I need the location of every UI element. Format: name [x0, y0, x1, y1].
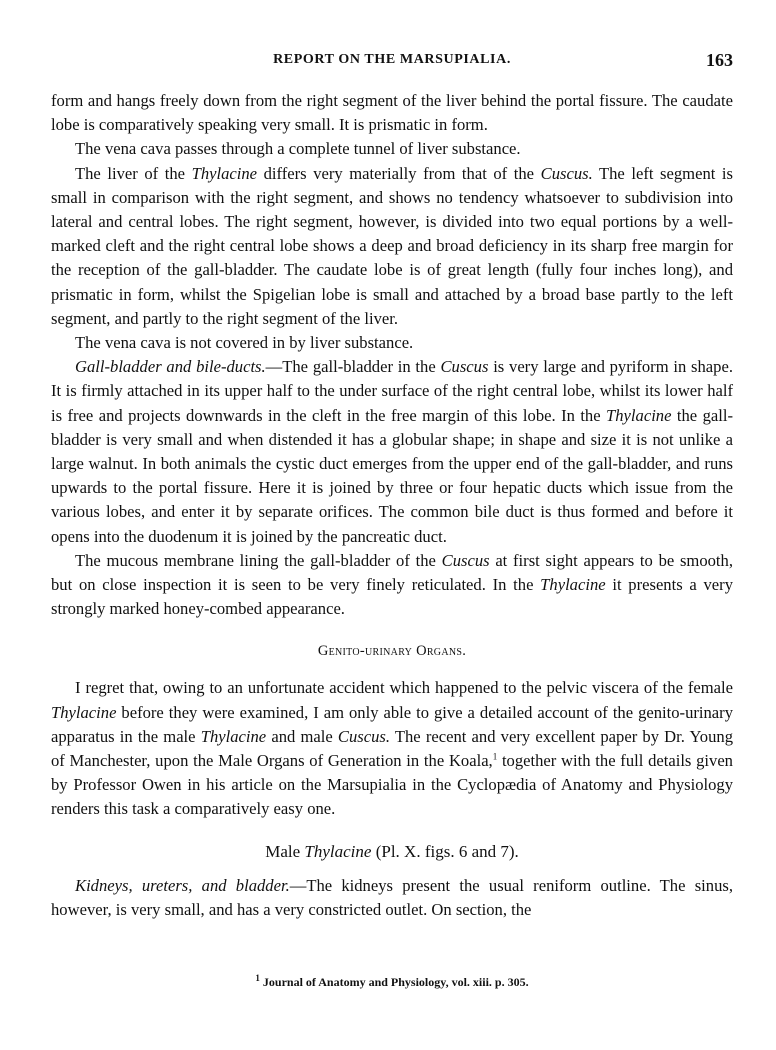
text: The liver of the: [75, 164, 192, 183]
species-name: Thylacine: [606, 406, 671, 425]
species-name: Cuscus: [440, 357, 488, 376]
paragraph-liver-continued: form and hangs freely down from the righ…: [51, 89, 733, 137]
text: differs very materially from that of the: [257, 164, 541, 183]
species-name: Thylacine: [192, 164, 257, 183]
species-name: Thylacine: [201, 727, 266, 746]
page-header: REPORT ON THE MARSUPIALIA. 163: [51, 52, 733, 74]
footnote: 1 Journal of Anatomy and Physiology, vol…: [51, 975, 733, 990]
species-name: Cuscus.: [338, 727, 390, 746]
species-name: Cuscus: [442, 551, 490, 570]
text: and male: [266, 727, 338, 746]
page-body: form and hangs freely down from the righ…: [51, 89, 733, 922]
sub-heading: Male Thylacine (Pl. X. figs. 6 and 7).: [51, 842, 733, 862]
paragraph-kidneys: Kidneys, ureters, and bladder.—The kidne…: [51, 874, 733, 922]
paragraph-vena-cava-not-covered: The vena cava is not covered in by liver…: [51, 331, 733, 355]
running-title: REPORT ON THE MARSUPIALIA.: [51, 52, 733, 68]
page-number: 163: [706, 50, 733, 71]
text: (Pl. X. figs. 6 and 7).: [371, 842, 518, 861]
species-name: Thylacine: [540, 575, 605, 594]
section-heading: Genito-urinary Organs.: [51, 643, 733, 660]
species-name: Cuscus.: [541, 164, 593, 183]
run-in-heading: Gall-bladder and bile-ducts.: [75, 357, 266, 376]
text: Male: [265, 842, 304, 861]
paragraph-genito-urinary-intro: I regret that, owing to an unfortunate a…: [51, 676, 733, 821]
text: —The gall-bladder in the: [266, 357, 441, 376]
run-in-heading: Kidneys, ureters, and bladder.: [75, 876, 290, 895]
paragraph-thylacine-liver: The liver of the Thylacine differs very …: [51, 162, 733, 331]
paragraph-vena-cava-tunnel: The vena cava passes through a complete …: [51, 137, 733, 161]
text: the gall-bladder is very small and when …: [51, 406, 733, 546]
paragraph-mucous-membrane: The mucous membrane lining the gall-blad…: [51, 549, 733, 622]
text: I regret that, owing to an unfortunate a…: [75, 678, 733, 697]
species-name: Thylacine: [51, 703, 116, 722]
paragraph-gall-bladder: Gall-bladder and bile-ducts.—The gall-bl…: [51, 355, 733, 549]
footnote-text: Journal of Anatomy and Physiology, vol. …: [260, 975, 529, 989]
text: The mucous membrane lining the gall-blad…: [75, 551, 442, 570]
text: The left segment is small in comparison …: [51, 164, 733, 328]
species-name: Thylacine: [304, 842, 371, 861]
